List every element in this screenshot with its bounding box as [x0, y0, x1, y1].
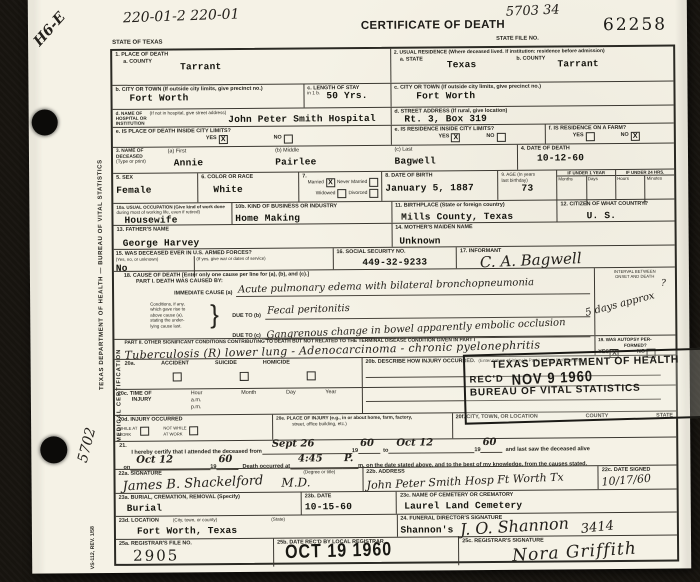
residence-limits-cell: e. IS RESIDENCE INSIDE CITY LIMITS? YES … [390, 125, 544, 145]
autopsy-label-line2: FORMED? [598, 342, 672, 348]
burial-location-sub2: (State) [271, 517, 285, 524]
minutes-label: Minutes [646, 176, 662, 181]
name-cell: 3. NAME OF DECEASED (Type or print) (a) … [113, 145, 517, 173]
burial-location-cell: 23d. LOCATION (City, town, or county) (S… [116, 515, 397, 539]
middle-name-label: (b) Middle [275, 147, 394, 154]
document-title: CERTIFICATE OF DEATH [333, 19, 533, 33]
month-cell: Month [238, 389, 283, 414]
residence-limits-no-label: NO [486, 133, 494, 142]
dob-cell: 8. DATE OF BIRTH January 5, 1887 [381, 171, 497, 201]
margin-code-5702: 5702 [75, 426, 99, 465]
residence-state-label: a. STATE [400, 56, 423, 70]
residence-city-value: Fort Worth [416, 89, 670, 102]
divorced-checkbox [369, 189, 378, 198]
farm-no-label: NO [621, 132, 629, 141]
death-city-cell: b. CITY OR TOWN (If outside city limits,… [112, 84, 303, 108]
not-while-at-work-checkbox [190, 426, 199, 435]
date-of-death-value: 10-12-60 [537, 152, 671, 164]
county-value: Tarrant [180, 62, 221, 73]
hour-label: Hour [191, 390, 236, 397]
married-checkbox: X [326, 179, 335, 188]
due-to-b-value: Fecal peritonitis [267, 303, 350, 317]
conditions-brace: } [210, 299, 219, 330]
received-stamp-recd: REC'D [469, 374, 503, 386]
form-revision-number: VS-112, REV. 1/58 [89, 419, 96, 569]
burial-date-cell: 23b. DATE 10-15-60 [301, 492, 397, 515]
ssn-label: 16. SOCIAL SECURITY NO. [337, 248, 453, 255]
under-one-year-cell: IF UNDER 1 YEAR Months Days [556, 170, 615, 199]
farm-yes-checkbox [586, 133, 595, 142]
sex-label: 5. SEX [116, 174, 194, 181]
row-registrar: 25a. REGISTRAR'S FILE NO. 2905 25b. DATE… [116, 535, 677, 568]
citizen-cell: 12. CITIZEN OF WHAT COUNTRY? U. S. [557, 200, 675, 222]
row-certification: 21. I hereby certify that I attended the… [115, 437, 676, 469]
day-label: Day [286, 389, 319, 396]
residence-state-value: Texas [447, 59, 477, 70]
farm-cell: f. IS RESIDENCE ON A FARM? YES NO X [545, 124, 674, 144]
widowed-checkbox [337, 190, 346, 199]
cause-main-cell: 18. CAUSE OF DEATH [Enter only one cause… [114, 268, 594, 339]
month-label: Month [241, 390, 280, 397]
funeral-home-value: Shannon's [400, 525, 453, 536]
last-alive-date: Oct 12 [136, 454, 173, 465]
mother-label: 14. MOTHER'S MAIDEN NAME [395, 223, 671, 232]
physician-signature-label: 22a. SIGNATURE [118, 471, 161, 478]
hole-punch-bottom [40, 436, 67, 463]
married-label: Married [308, 180, 324, 186]
received-stamp: TEXAS DEPARTMENT OF HEALTH REC'D NOV 9 1… [463, 348, 700, 425]
physician-address-cell: 22b. ADDRESS John Peter Smith Hosp Ft Wo… [362, 466, 598, 491]
attended-to-year: 60 [483, 437, 497, 448]
first-name-label: (a) First [168, 148, 275, 155]
burial-date-label: 23b. DATE [305, 493, 393, 500]
never-married-checkbox [369, 178, 378, 187]
hospital-label-line3: INSTITUTION [116, 121, 147, 126]
time-of-injury-cell: 20c. TIME OF INJURY [115, 389, 188, 415]
informant-cell: 17. INFORMANT C. A. Bagwell [456, 246, 675, 269]
county-label: a. COUNTY [123, 59, 152, 73]
first-name-value: Annie [174, 157, 276, 169]
race-value: White [213, 184, 295, 196]
death-limits-no-checkbox [284, 135, 293, 144]
name-label-sub: (Type or print) [116, 160, 168, 166]
length-of-stay-sub: in 1 b. [307, 92, 320, 102]
last-name-value: Bagwell [394, 155, 513, 167]
armed-forces-sub2: (If yes, give war or dates of service) [196, 256, 330, 262]
left-vertical-department-label: TEXAS DEPARTMENT OF HEALTH — BUREAU OF V… [97, 85, 107, 465]
hole-punch-top [32, 109, 58, 135]
race-label: 6. COLOR OR RACE [201, 174, 295, 181]
last-name-label: (c) Last [394, 146, 513, 153]
accident-label: ACCIDENT [161, 360, 189, 367]
residence-limits-no-checkbox [496, 133, 505, 142]
hospital-value: John Peter Smith Hospital [228, 113, 376, 125]
state-file-number: 62258 [603, 15, 667, 36]
sex-cell: 5. SEX Female [113, 173, 197, 203]
homicide-checkbox [307, 372, 316, 381]
mother-cell: 14. MOTHER'S MAIDEN NAME Unknown [391, 222, 674, 247]
attended-to-date: Oct 12 [396, 437, 433, 448]
hour-cell: Hour a.m. p.m. [188, 389, 239, 414]
row-sex-race-dob: 5. SEX Female 6. COLOR OR RACE White 7. … [113, 169, 674, 203]
dob-value: January 5, 1887 [385, 182, 494, 194]
citizen-label: 12. CITIZEN OF WHAT COUNTRY? [561, 201, 672, 208]
certification-number: 21. [119, 443, 127, 450]
physician-degree: M.D. [281, 476, 310, 490]
homicide-label: HOMICIDE [263, 360, 290, 367]
suicide-checkbox [240, 372, 249, 381]
burial-location-sub1: (City, town, or county) [173, 517, 217, 524]
scanned-death-certificate: H6-E 5702 VS-112, REV. 1/58 TEXAS DEPART… [28, 0, 691, 574]
age-cell: 9. AGE (In years last birthday) 73 [497, 170, 556, 199]
registrar-file-value: 2905 [133, 546, 270, 565]
birthplace-label: 11. BIRTHPLACE (State or foreign country… [395, 201, 554, 209]
residence-limits-yes-label: YES [439, 134, 450, 143]
hospital-label-sub: (If not in hospital, give street address… [150, 110, 227, 126]
marital-cell: 7. Married X Never Married Widowed Divor… [298, 172, 381, 202]
death-meridiem: P. [344, 453, 353, 464]
interval-b-value: 5 days approx [584, 286, 672, 319]
handwritten-file-codes-right: 5703 34 [506, 2, 560, 19]
age-value: 73 [501, 182, 553, 193]
birthplace-cell: 11. BIRTHPLACE (State or foreign country… [391, 200, 557, 222]
state-caption: STATE OF TEXAS [112, 40, 163, 48]
cemetery-cell: 23c. NAME OF CEMETERY OR CREMATORY Laure… [396, 490, 677, 514]
interval-cell: INTERVAL BETWEEN ONSET AND DEATH ? 5 day… [594, 268, 676, 336]
residence-city-cell: c. CITY OR TOWN (If outside city limits,… [390, 82, 673, 107]
funeral-director-cell: 24. FUNERAL DIRECTOR'S SIGNATURE Shannon… [396, 513, 677, 537]
occupation-cell: 10a. USUAL OCCUPATION (Give kind of work… [113, 203, 231, 225]
registrar-date-cell: 25b. DATE REC'D BY LOCAL REGISTRAR OCT 1… [273, 537, 458, 566]
length-of-stay-value: 50 Yrs. [326, 90, 367, 101]
day-cell: Day [283, 388, 322, 413]
residence-county-value: Tarrant [557, 58, 598, 69]
hours-label: Hours [616, 176, 629, 181]
farm-yes-label: YES [573, 133, 584, 142]
burial-value: Burial [127, 502, 298, 514]
death-limits-no-label: NO [274, 135, 282, 144]
while-at-work-label2: WORK [118, 431, 137, 436]
hospital-cell: d. NAME OF HOSPITAL OR INSTITUTION (If n… [113, 108, 391, 127]
registrar-signature-cell: 25c. REGISTRAR'S SIGNATURE Nora Griffith [458, 536, 677, 566]
place-of-injury-label2: street, office building, etc.) [292, 420, 449, 427]
dob-label: 8. DATE OF BIRTH [385, 172, 494, 179]
accident-checkbox [173, 373, 182, 382]
burial-location-value: Fort Worth, Texas [137, 524, 394, 537]
injury-type-cell: 20a. ACCIDENT SUICIDE HOMICIDE [115, 358, 362, 389]
industry-label: 10b. KIND OF BUSINESS OR INDUSTRY [235, 203, 388, 211]
divorced-label: Divorced [348, 191, 367, 197]
father-cell: 13. FATHER'S NAME George Harvey [114, 224, 392, 249]
not-while-at-work-label2: AT WORK [163, 431, 186, 436]
residence-limits-yes-checkbox: X [451, 134, 460, 143]
burial-location-label: 23d. LOCATION [119, 518, 159, 525]
certify-text-3: and last saw the deceased alive [506, 446, 590, 453]
widowed-label: Widowed [316, 191, 336, 197]
death-time: 4:45 [298, 453, 323, 464]
injury-num-label: 20a. [125, 361, 136, 368]
burial-cell: 23a. BURIAL, CREMATION, REMOVAL (Specify… [116, 492, 301, 515]
while-at-work-checkbox [140, 427, 149, 436]
place-of-death-cell: 1. PLACE OF DEATH a. COUNTY Tarrant [112, 49, 390, 85]
due-to-b-label: DUE TO (b) [232, 313, 261, 320]
never-married-label: Never Married [337, 180, 367, 186]
months-label: Months [557, 177, 572, 182]
under-24hrs-cell: IF UNDER 24 HRS. Hours Minutes [615, 170, 674, 199]
row-cause-of-death: 18. CAUSE OF DEATH [Enter only one cause… [114, 267, 676, 339]
attended-from-date: Sept 26 [272, 438, 315, 449]
year-label: Year [325, 389, 358, 396]
attended-from-year: 60 [360, 438, 374, 449]
cemetery-value: Laurel Land Cemetery [404, 499, 674, 512]
handwritten-file-codes-left: 220-01-2 220-01 [123, 6, 240, 26]
row-place-residence: 1. PLACE OF DEATH a. COUNTY Tarrant 2. U… [112, 47, 673, 85]
time-of-injury-label2: INJURY [132, 397, 185, 404]
length-of-stay-cell: c. LENGTH OF STAY in 1 b. 50 Yrs. [303, 84, 390, 108]
injury-occurred-label: 20d. INJURY OCCURRED [118, 416, 269, 424]
residence-limits-label: e. IS RESIDENCE INSIDE CITY LIMITS? [394, 126, 541, 134]
cemetery-label: 23c. NAME OF CEMETERY OR CREMATORY [400, 491, 674, 500]
date-of-death-label: 4. DATE OF DEATH [521, 145, 671, 153]
sex-value: Female [116, 185, 194, 197]
registrar-file-cell: 25a. REGISTRAR'S FILE NO. 2905 [116, 539, 273, 568]
place-of-injury-cell: 20e. PLACE OF INJURY (e.g., in or about … [272, 413, 452, 439]
certificate-form: 1. PLACE OF DEATH a. COUNTY Tarrant 2. U… [110, 45, 679, 566]
last-alive-year: 60 [218, 454, 232, 465]
death-limits-yes-checkbox: X [219, 136, 228, 145]
physician-signature-cell: 22a. SIGNATURE (Degree or title) James B… [115, 468, 362, 493]
registrar-date-stamp: OCT 19 1960 [285, 538, 456, 564]
ssn-value: 449-32-9233 [337, 257, 453, 269]
conditions-note-line5: lying cause last. [150, 323, 185, 329]
middle-name-value: Pairlee [275, 156, 394, 168]
suicide-label: SUICIDE [215, 360, 237, 367]
days-label: Days [587, 176, 598, 181]
usual-residence-cell: 2. USUAL RESIDENCE (Where deceased lived… [390, 47, 674, 83]
year-cell: Year [322, 388, 361, 413]
burial-label: 23a. BURIAL, CREMATION, REMOVAL (Specify… [119, 493, 298, 501]
death-city-value: Fort Worth [129, 92, 300, 104]
farm-label: f. IS RESIDENCE ON A FARM? [549, 125, 671, 132]
ssn-cell: 16. SOCIAL SECURITY NO. 449-32-9233 [332, 247, 456, 269]
date-of-death-cell: 4. DATE OF DEATH 10-12-60 [517, 144, 674, 170]
injury-occurred-cell: 20d. INJURY OCCURRED WHILE AT WORK NOT W… [115, 415, 272, 441]
farm-no-checkbox: X [631, 132, 640, 141]
state-file-no-label: STATE FILE NO. [496, 36, 539, 43]
father-label: 13. FATHER'S NAME [117, 225, 389, 234]
date-signed-cell: 22c. DATE SIGNED 10/17/60 [598, 466, 677, 490]
industry-cell: 10b. KIND OF BUSINESS OR INDUSTRY Home M… [231, 202, 391, 224]
pm-label: p.m. [191, 404, 236, 411]
armed-forces-cell: 15. WAS DECEASED EVER IN U.S. ARMED FORC… [114, 248, 333, 271]
burial-date-value: 10-15-60 [305, 501, 393, 513]
race-cell: 6. COLOR OR RACE White [197, 172, 298, 202]
death-limits-yes-label: YES [206, 136, 217, 145]
residence-county-label: b. COUNTY [516, 56, 545, 70]
margin-code-h6e: H6-E [31, 9, 69, 49]
death-limits-cell: e. IS PLACE OF DEATH INSIDE CITY LIMITS?… [113, 126, 391, 147]
